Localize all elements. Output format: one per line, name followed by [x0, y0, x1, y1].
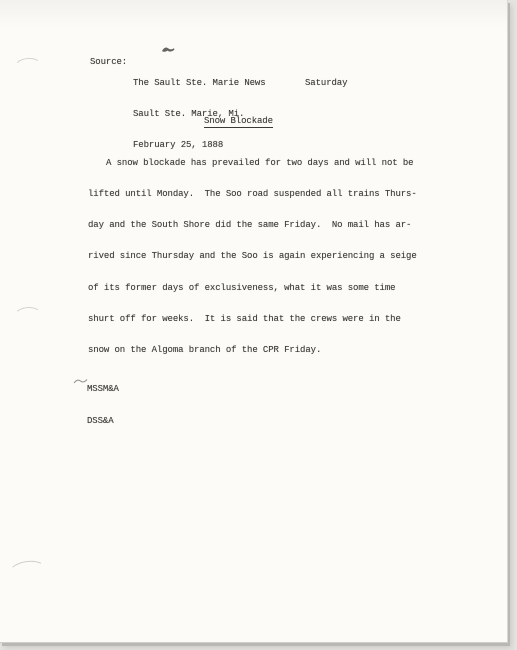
- source-label: Source:: [90, 57, 127, 67]
- source-weekday: Saturday: [305, 78, 347, 88]
- article-body-line: lifted until Monday. The Soo road suspen…: [88, 189, 417, 199]
- document-scan: Source: The Sault Ste. Marie News Sault …: [0, 0, 517, 650]
- footer-line: DSS&A: [87, 416, 119, 426]
- article-body: A snow blockade has prevailed for two da…: [88, 137, 417, 376]
- railroad-abbreviations: MSSM&A DSS&A: [87, 364, 119, 447]
- article-body-line: of its former days of exclusiveness, wha…: [88, 283, 417, 293]
- handwritten-check-icon: [73, 375, 88, 386]
- article-body-line: A snow blockade has prevailed for two da…: [88, 158, 417, 168]
- article-body-line: rived since Thursday and the Soo is agai…: [88, 251, 417, 261]
- article-body-line: snow on the Algoma branch of the CPR Fri…: [88, 345, 417, 355]
- article-title: Snow Blockade: [204, 116, 273, 128]
- source-publication: The Sault Ste. Marie News: [133, 78, 266, 88]
- footer-line: MSSM&A: [87, 384, 119, 394]
- punch-hole-arc-top: [13, 57, 43, 78]
- punch-hole-arc-bottom: [8, 559, 47, 584]
- article-body-line: shurt off for weeks. It is said that the…: [88, 314, 417, 324]
- paper-sheet: Source: The Sault Ste. Marie News Sault …: [0, 0, 508, 643]
- punch-hole-arc-middle: [13, 306, 42, 326]
- article-body-line: day and the South Shore did the same Fri…: [88, 220, 417, 230]
- smudge-mark-icon: [161, 45, 177, 54]
